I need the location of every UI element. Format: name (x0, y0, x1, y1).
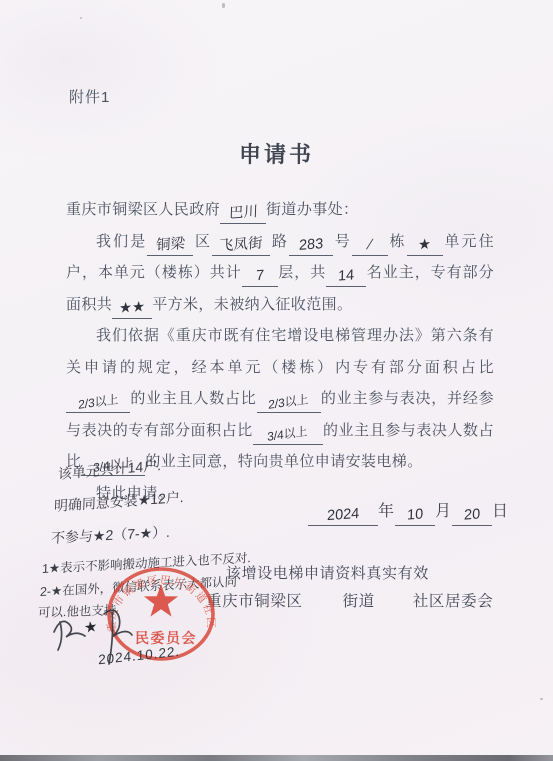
year-handwritten: 2024 (327, 504, 360, 527)
owners-handwritten: 14 (338, 265, 355, 286)
district-handwritten: 铜梁 (156, 233, 186, 255)
ratio1-handwritten: 2/3以上 (78, 389, 118, 415)
page-title: 申请书 (0, 138, 553, 169)
org-street: 街道 (343, 593, 375, 610)
para1-building-label: 栋 (388, 233, 407, 250)
road-blank: 飞凤街 (212, 235, 270, 256)
scan-speck (80, 17, 82, 19)
ratio3-handwritten: 3/4以上 (268, 421, 308, 447)
month-label: 月 (435, 503, 452, 520)
scan-speck (222, 3, 225, 8)
building-blank: ∕ (352, 235, 388, 256)
unit-blank: ★ (407, 235, 443, 256)
signature-star: ★ (83, 617, 99, 637)
ratio1-blank: 2/3以上 (66, 392, 130, 413)
scanned-application-document: { "document": { "attachment_label": "附件1… (0, 0, 553, 761)
salutation-line: 重庆市铜梁区人民政府巴川街道办事处： (66, 194, 494, 226)
ratio2-handwritten: 2/3以上 (268, 389, 308, 415)
para1-number-label: 号 (333, 233, 352, 250)
day-handwritten: 20 (464, 504, 481, 526)
para2-seg5: 的业主同意，特向贵单位申请安装电梯。 (145, 453, 422, 470)
year-label: 年 (378, 503, 395, 520)
scan-speck (540, 698, 543, 700)
month-handwritten: 10 (407, 504, 424, 526)
owners-blank: 14 (326, 266, 366, 287)
date-line: 2024年10月20日 (308, 498, 509, 526)
para1-floors-label: 层，共 (278, 264, 327, 281)
floors-blank: 7 (242, 266, 278, 287)
paragraph-voting: 我们依据《重庆市既有住宅增设电梯管理办法》第六条有关申请的规定，经本单元（楼栋）… (66, 320, 494, 478)
road-handwritten: 飞凤街 (219, 233, 263, 256)
building-handwritten: ∕ (368, 234, 371, 254)
para1-area-label: 平方米，未被纳入征收范围。 (152, 296, 352, 313)
street-name-handwritten: 巴川 (228, 202, 258, 224)
area-blank: ★★ (112, 298, 152, 319)
salutation-government: 重庆市铜梁区人民政府 (66, 201, 220, 218)
number-blank: 283 (289, 235, 333, 256)
month-blank: 10 (395, 504, 435, 526)
area-handwritten: ★★ (119, 297, 146, 319)
street-name-blank: 巴川 (220, 203, 266, 224)
day-blank: 20 (452, 504, 492, 526)
number-handwritten: 283 (299, 234, 324, 256)
para2-seg2: 的业主且人数占比 (130, 390, 257, 407)
para1-we-are: 我们是 (96, 233, 147, 250)
unit-handwritten: ★ (418, 234, 432, 255)
para2-seg1: 我们依据《重庆市既有住宅增设电梯管理办法》第六条有关申请的规定，经本单元（楼栋）… (66, 327, 494, 376)
year-blank: 2024 (308, 504, 378, 526)
paragraph-address: 我们是铜梁区飞凤街路283号∕栋★单元住户，本单元（楼栋）共计7层，共14名业主… (66, 226, 494, 321)
handwritten-note-nonparticipating: 不参与★2（7-★）. (50, 522, 170, 548)
ratio2-blank: 2/3以上 (257, 392, 321, 413)
salutation-office: 街道办事处： (266, 201, 358, 218)
scan-bottom-edge (0, 755, 553, 761)
attachment-label: 附件1 (69, 86, 110, 107)
endorsement-statement: 该增设电梯申请资料真实有效 (226, 562, 429, 583)
para1-road-label: 路 (270, 233, 289, 250)
floors-handwritten: 7 (255, 266, 264, 287)
day-label: 日 (492, 503, 509, 520)
org-committee: 社区居委会 (413, 593, 494, 610)
district-blank: 铜梁 (147, 235, 193, 256)
ratio3-blank: 3/4以上 (253, 424, 323, 445)
para1-district-label: 区 (193, 233, 212, 250)
committee-org-line: 重庆市铜梁区街道社区居委会 (206, 589, 493, 611)
